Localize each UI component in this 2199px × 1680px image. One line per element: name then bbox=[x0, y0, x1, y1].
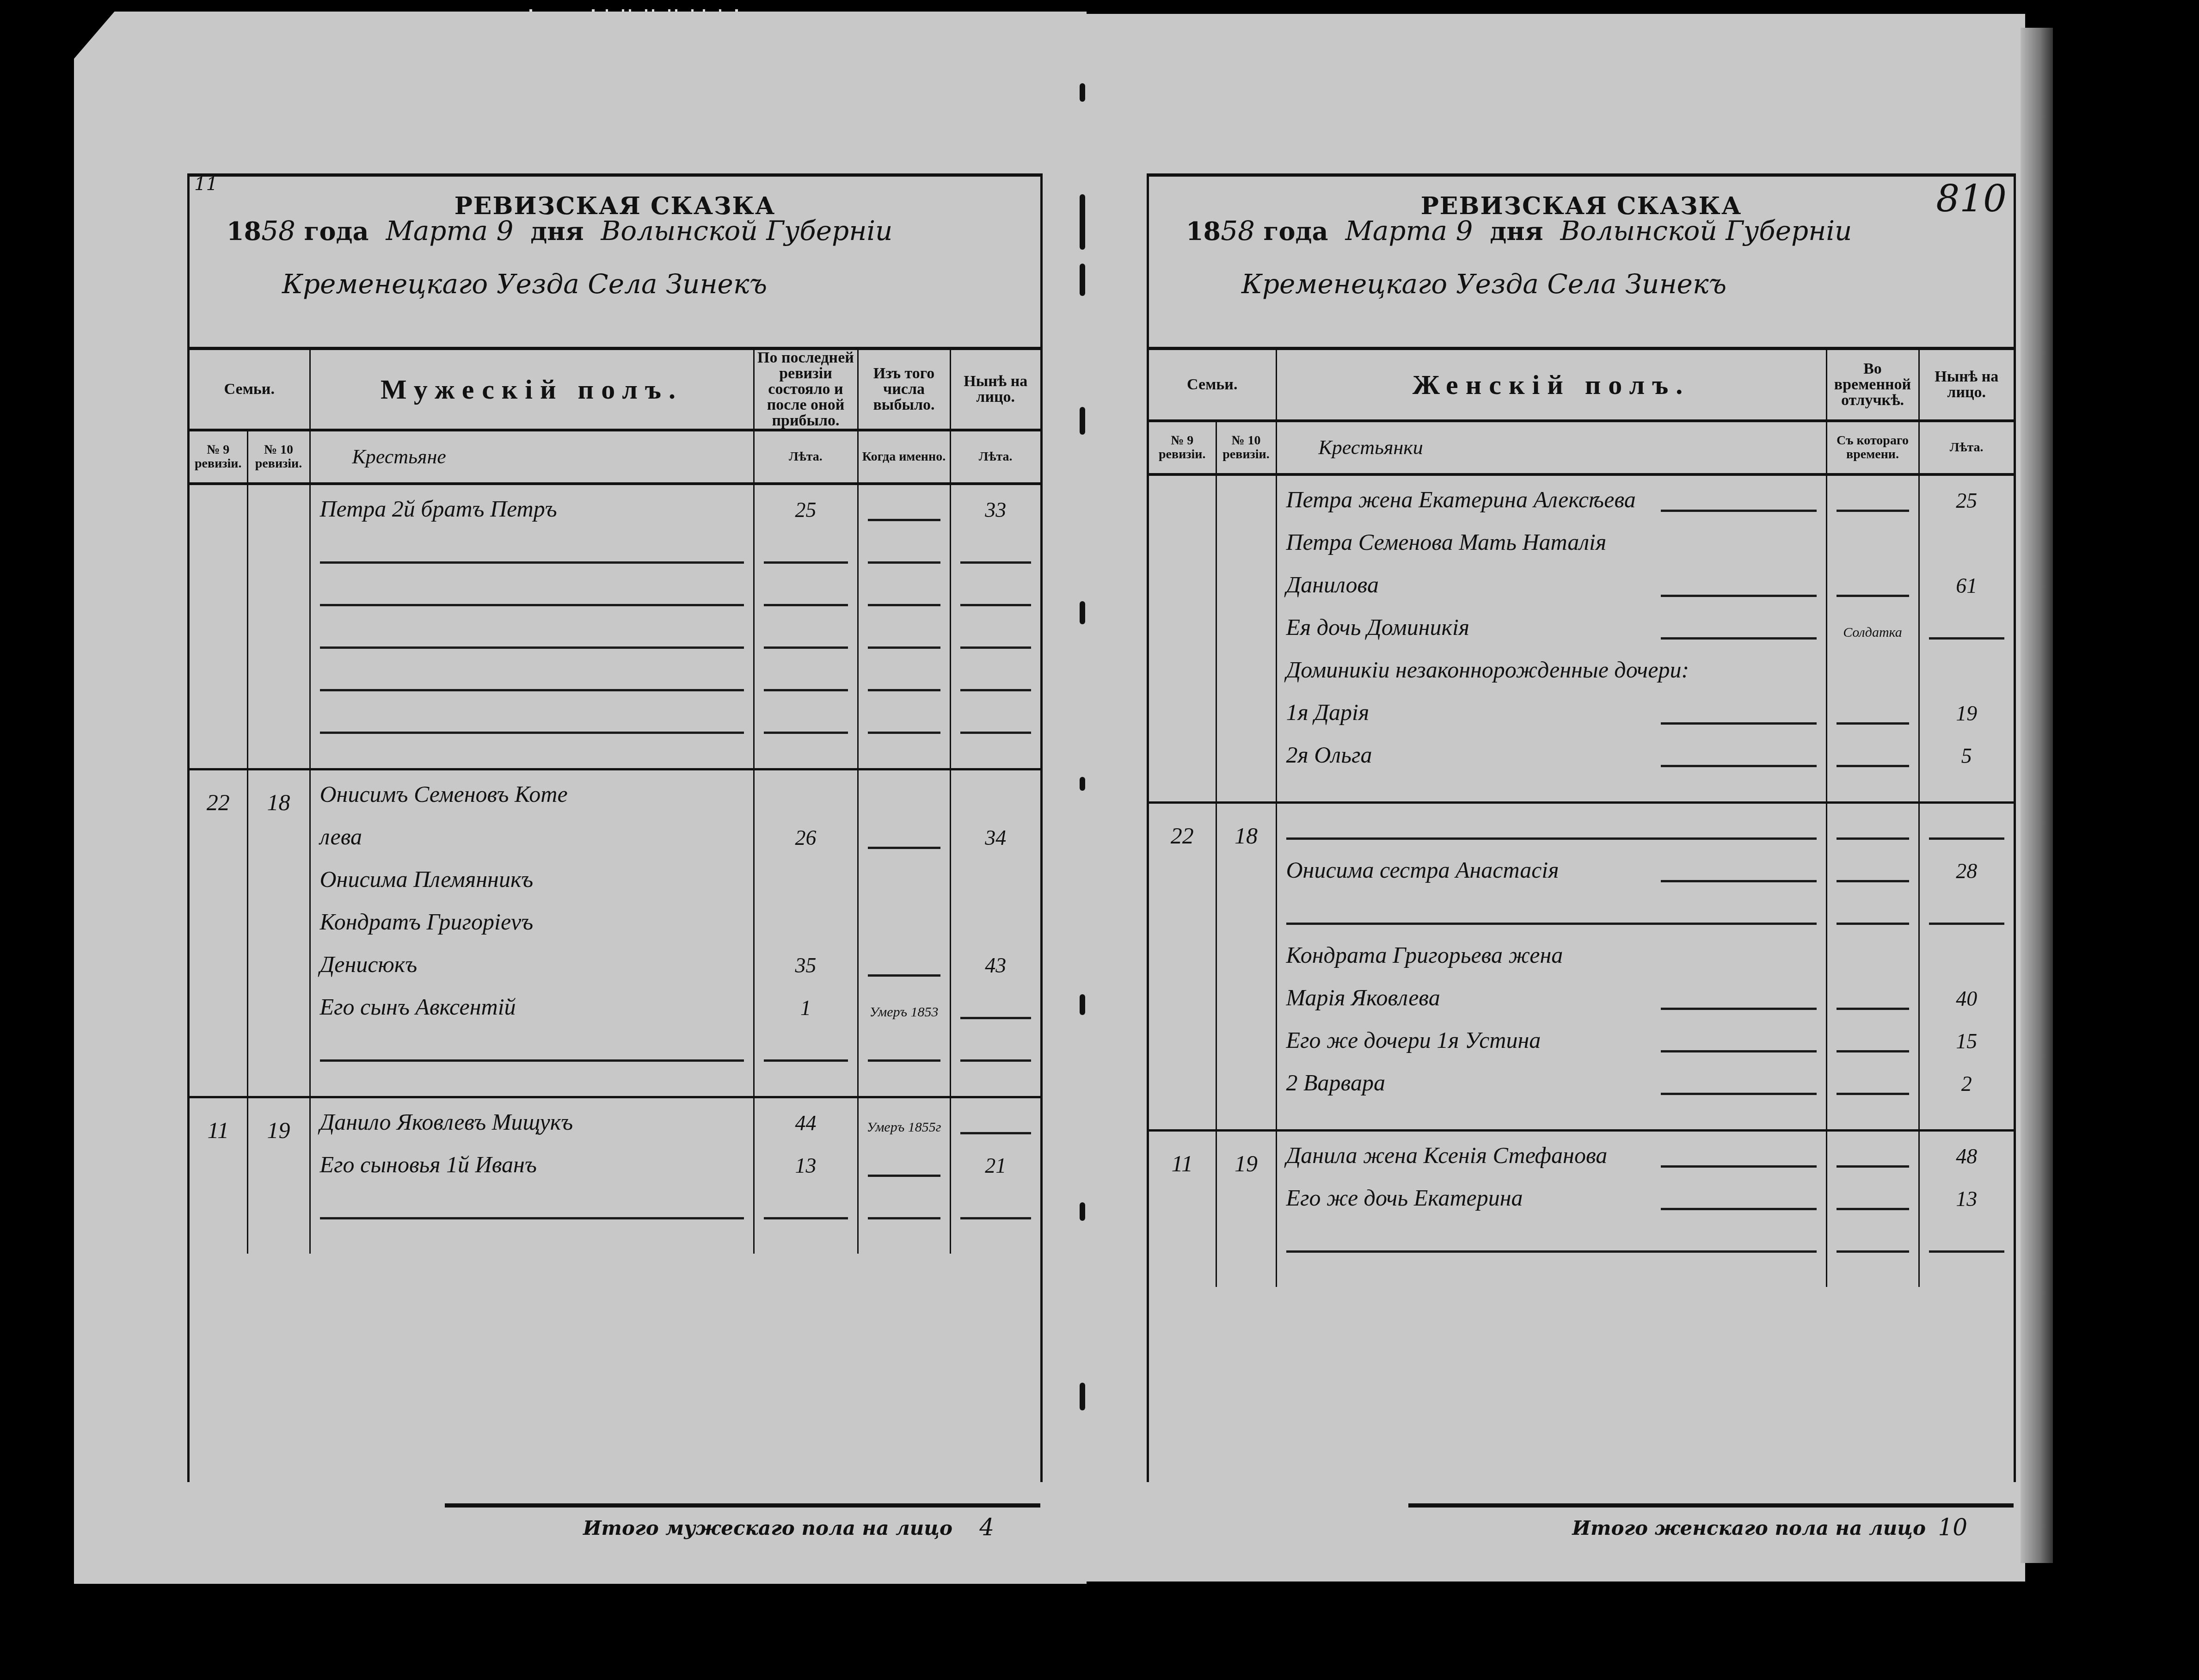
value-cell: 19 bbox=[1920, 689, 2014, 731]
fill-line bbox=[1661, 1165, 1816, 1168]
value-cell bbox=[1920, 518, 2014, 561]
register-entry bbox=[1277, 804, 1826, 846]
fill-line bbox=[764, 1059, 848, 1062]
column-present: 3443 bbox=[950, 769, 1040, 1097]
entry-name: Его сынъ Авксентій bbox=[320, 993, 516, 1020]
year-label: года bbox=[304, 216, 369, 246]
fill-line bbox=[1837, 1250, 1909, 1253]
fill-line bbox=[868, 732, 940, 734]
year-prefix: 18 bbox=[1186, 216, 1221, 246]
value-cell bbox=[1920, 1217, 2014, 1259]
column-age_last: 25 bbox=[754, 484, 858, 769]
fill-line bbox=[868, 604, 940, 606]
value-cell bbox=[1827, 1059, 1918, 1102]
column-departed: Умеръ 1853 bbox=[858, 769, 950, 1097]
value-cell bbox=[859, 1026, 950, 1068]
header-no9: № 9 ревизіи. bbox=[1149, 421, 1216, 474]
fill-line bbox=[1837, 510, 1909, 512]
family-no9: 11 bbox=[190, 1097, 247, 1254]
value-cell bbox=[755, 570, 857, 613]
entry-name: Его же дочь Екатерина bbox=[1286, 1184, 1523, 1211]
fill-line bbox=[1661, 1093, 1816, 1095]
header-estate: Крестьянки bbox=[1276, 421, 1826, 474]
fill-line bbox=[960, 689, 1032, 691]
fill-line bbox=[868, 1059, 940, 1062]
value-cell: 48 bbox=[1920, 1132, 2014, 1174]
family-section: 1119Данило Яковлевъ МищукъЕго сыновья 1й… bbox=[190, 1097, 1040, 1254]
entry-name: Его же дочери 1я Устина bbox=[1286, 1027, 1541, 1053]
value-cell: 2 bbox=[1920, 1059, 2014, 1102]
female-total: Итого женскаго пола на лицо 10 bbox=[1408, 1503, 2014, 1508]
fill-line bbox=[1661, 1208, 1816, 1210]
value-cell: 25 bbox=[1920, 476, 2014, 518]
header-no10: № 10 ревизіи. bbox=[247, 430, 310, 484]
fill-line bbox=[764, 604, 848, 606]
value-cell bbox=[951, 1098, 1041, 1141]
header-present: Нынѣ на лицо. bbox=[950, 349, 1040, 431]
family-no10: 18 bbox=[247, 769, 310, 1097]
header-families: Семьи. bbox=[1149, 349, 1276, 421]
fill-line bbox=[1929, 637, 2005, 640]
value-cell bbox=[951, 698, 1041, 740]
value-cell: 35 bbox=[755, 941, 857, 983]
header-years: Лѣта. bbox=[754, 430, 858, 484]
fill-line bbox=[320, 689, 744, 691]
cell-value: 21 bbox=[951, 1153, 1041, 1178]
value-cell: Умеръ 1853 bbox=[859, 983, 950, 1026]
family-no9 bbox=[1149, 474, 1216, 803]
family-no10: 19 bbox=[1216, 1131, 1276, 1287]
value-cell bbox=[755, 528, 857, 570]
value-cell: 40 bbox=[1920, 974, 2014, 1016]
family-no9: 11 bbox=[1149, 1131, 1216, 1287]
register-entry: Данило Яковлевъ Мищукъ bbox=[311, 1098, 753, 1141]
value-cell bbox=[859, 813, 950, 855]
fill-line bbox=[960, 1132, 1032, 1134]
entry-name: Петра Семенова Мать Наталія bbox=[1286, 529, 1607, 555]
province: Волынской Губерніи bbox=[601, 215, 893, 246]
fill-line bbox=[1661, 510, 1816, 512]
value-cell bbox=[1827, 846, 1918, 889]
book-spine bbox=[1080, 55, 1085, 1572]
total-label: Итого мужескаго пола на лицо bbox=[583, 1517, 952, 1539]
fill-line bbox=[960, 604, 1032, 606]
entry-name: Онисима Племянникъ bbox=[320, 866, 534, 892]
register-entry bbox=[311, 1026, 753, 1068]
fill-line bbox=[868, 1217, 940, 1219]
register-entry: Ея дочь Доминикія bbox=[1277, 603, 1826, 646]
value-cell bbox=[859, 570, 950, 613]
fill-line bbox=[1929, 923, 2005, 925]
fill-line bbox=[868, 519, 940, 521]
day-label: дня bbox=[530, 216, 584, 246]
value-cell bbox=[1827, 1174, 1918, 1217]
header-no10: № 10 ревизіи. bbox=[1216, 421, 1276, 474]
value-cell bbox=[951, 655, 1041, 698]
entries-column: Онисимъ Семеновъ КотелеваОнисима Племянн… bbox=[310, 769, 754, 1097]
month-day: Марта 9 bbox=[1345, 215, 1473, 246]
value-cell: 5 bbox=[1920, 731, 2014, 774]
fill-line bbox=[1837, 595, 1909, 597]
cell-value: 15 bbox=[1920, 1029, 2014, 1053]
register-entry: Кондратъ Григорievъ bbox=[311, 898, 753, 941]
value-cell bbox=[1827, 518, 1918, 561]
fill-line bbox=[1929, 1250, 2005, 1253]
cell-value: 34 bbox=[951, 825, 1041, 850]
cell-value: 13 bbox=[755, 1153, 857, 1178]
cell-value: 48 bbox=[1920, 1144, 2014, 1169]
fill-line bbox=[960, 1217, 1032, 1219]
register-entry: Данила жена Ксенія Стефанова bbox=[1277, 1132, 1826, 1174]
value-cell bbox=[1920, 931, 2014, 974]
family-section: 1119Данила жена Ксенія СтефановаЕго же д… bbox=[1149, 1131, 2014, 1287]
register-entry: Доминикіи незаконнорожденные дочери: bbox=[1277, 646, 1826, 689]
cell-value: 2 bbox=[1920, 1071, 2014, 1096]
entry-name: 2я Ольга bbox=[1286, 741, 1372, 768]
cell-value: 44 bbox=[755, 1111, 857, 1135]
fill-line bbox=[764, 689, 848, 691]
entry-name: 2 Варвара bbox=[1286, 1069, 1385, 1096]
column-present: 33 bbox=[950, 484, 1040, 769]
family-section: Петра жена Екатерина АлексѣеваПетра Семе… bbox=[1149, 474, 2014, 803]
header-when: Когда именно. bbox=[858, 430, 950, 484]
value-cell: Солдатка bbox=[1827, 603, 1918, 646]
header-last-revision: По последней ревизіи состояло и после он… bbox=[754, 349, 858, 431]
cell-value: 28 bbox=[1920, 859, 2014, 883]
year-prefix: 18 bbox=[227, 216, 261, 246]
entries-column: Петра 2й братъ Петръ bbox=[310, 484, 754, 769]
cell-value: 26 bbox=[755, 825, 857, 850]
value-cell: 33 bbox=[951, 485, 1041, 528]
value-cell bbox=[951, 1183, 1041, 1226]
family-no9 bbox=[190, 484, 247, 769]
fill-line bbox=[1286, 1250, 1817, 1253]
fill-line bbox=[1837, 722, 1909, 725]
family-section: 2218Онисимъ Семеновъ КотелеваОнисима Пле… bbox=[190, 769, 1040, 1097]
entry-name: Кондратъ Григорievъ bbox=[320, 908, 534, 935]
value-cell bbox=[1827, 974, 1918, 1016]
value-cell bbox=[1827, 1217, 1918, 1259]
register-entry: 1я Дарія bbox=[1277, 689, 1826, 731]
register-entry bbox=[311, 570, 753, 613]
register-entry: Его сыновья 1й Иванъ bbox=[311, 1141, 753, 1183]
fill-line bbox=[960, 561, 1032, 564]
value-cell bbox=[755, 855, 857, 898]
header-no9: № 9 ревизіи. bbox=[190, 430, 247, 484]
male-total: Итого мужескаго пола на лицо 4 bbox=[445, 1503, 1040, 1508]
header-estate: Крестьяне bbox=[310, 430, 754, 484]
fill-line bbox=[1661, 880, 1816, 882]
value-cell: 15 bbox=[1920, 1016, 2014, 1059]
entry-name: Ея дочь Доминикія bbox=[1286, 614, 1470, 640]
year-suffix: 58 bbox=[261, 215, 295, 246]
value-cell bbox=[951, 770, 1041, 813]
register-entry: Петра жена Екатерина Алексѣева bbox=[1277, 476, 1826, 518]
fill-line bbox=[1837, 765, 1909, 767]
fill-line bbox=[1661, 1008, 1816, 1010]
fill-line bbox=[320, 732, 744, 734]
family-no10 bbox=[1216, 474, 1276, 803]
register-entry: лева bbox=[311, 813, 753, 855]
family-no10: 18 bbox=[1216, 803, 1276, 1131]
province: Волынской Губерніи bbox=[1560, 215, 1852, 246]
register-entry bbox=[311, 1183, 753, 1226]
cell-value: 25 bbox=[755, 498, 857, 522]
register-entry bbox=[311, 698, 753, 740]
fill-line bbox=[960, 646, 1032, 649]
register-entry: Денисюкъ bbox=[311, 941, 753, 983]
value-cell bbox=[951, 1026, 1041, 1068]
fill-line bbox=[960, 732, 1032, 734]
total-label: Итого женскаго пола на лицо bbox=[1572, 1517, 1926, 1539]
register-entry: Онисима Племянникъ bbox=[311, 855, 753, 898]
column-departed bbox=[858, 484, 950, 769]
fill-line bbox=[1286, 923, 1817, 925]
register-entry bbox=[311, 655, 753, 698]
register-entry: 2я Ольга bbox=[1277, 731, 1826, 774]
date-line: 1858 года Марта 9 дня Волынской Губерніи bbox=[227, 215, 892, 246]
entry-name: Марія Яковлева bbox=[1286, 984, 1440, 1011]
column-age_last: 4413 bbox=[754, 1097, 858, 1254]
fill-line bbox=[960, 1059, 1032, 1062]
family-section: Петра 2й братъ Петръ2533 bbox=[190, 484, 1040, 769]
register-entry: Петра 2й братъ Петръ bbox=[311, 485, 753, 528]
cell-value: 5 bbox=[1920, 744, 2014, 768]
entry-name: Петра 2й братъ Петръ bbox=[320, 495, 557, 522]
value-cell bbox=[1827, 1132, 1918, 1174]
fill-line bbox=[764, 1217, 848, 1219]
entry-name: Онисимъ Семеновъ Коте bbox=[320, 781, 568, 807]
total-value: 4 bbox=[979, 1514, 994, 1541]
fill-line bbox=[1837, 880, 1909, 882]
register-entry: Его же дочери 1я Устина bbox=[1277, 1016, 1826, 1059]
cell-value: Солдатка bbox=[1827, 625, 1918, 640]
entry-name: Денисюкъ bbox=[320, 951, 418, 978]
value-cell bbox=[859, 898, 950, 941]
register-entry: Марія Яковлева bbox=[1277, 974, 1826, 1016]
value-cell bbox=[859, 1141, 950, 1183]
male-register-table: Семьи. Мужескій полъ. По последней ревиз… bbox=[190, 347, 1040, 1254]
column-absence: Солдатка bbox=[1826, 474, 1919, 803]
fill-line bbox=[1286, 837, 1817, 840]
value-cell bbox=[951, 528, 1041, 570]
value-cell bbox=[1827, 731, 1918, 774]
header-female-section: Женскій полъ. bbox=[1276, 349, 1826, 421]
value-cell bbox=[859, 855, 950, 898]
value-cell bbox=[859, 655, 950, 698]
value-cell: 25 bbox=[755, 485, 857, 528]
fill-line bbox=[320, 646, 744, 649]
fill-line bbox=[960, 1017, 1032, 1019]
column-absence bbox=[1826, 1131, 1919, 1287]
fill-line bbox=[1837, 1093, 1909, 1095]
value-cell bbox=[951, 855, 1041, 898]
value-cell: 13 bbox=[1920, 1174, 2014, 1217]
value-cell bbox=[755, 1183, 857, 1226]
header-since: Съ котораго времени. bbox=[1826, 421, 1919, 474]
value-cell bbox=[1827, 561, 1918, 603]
fill-line bbox=[1837, 1208, 1909, 1210]
entry-name: 1я Дарія bbox=[1286, 699, 1370, 726]
header-absence: Во временной отлучкѣ. bbox=[1826, 349, 1919, 421]
family-section: 2218Онисима сестра АнастасіяКондрата Гри… bbox=[1149, 803, 2014, 1131]
column-present: 21 bbox=[950, 1097, 1040, 1254]
value-cell bbox=[1920, 646, 2014, 689]
fill-line bbox=[1837, 1050, 1909, 1052]
day-label: дня bbox=[1490, 216, 1543, 246]
value-cell bbox=[859, 613, 950, 655]
cell-value: 33 bbox=[951, 498, 1041, 522]
value-cell: 34 bbox=[951, 813, 1041, 855]
entry-name: Петра жена Екатерина Алексѣева bbox=[1286, 486, 1636, 513]
value-cell bbox=[859, 698, 950, 740]
register-entry: 2 Варвара bbox=[1277, 1059, 1826, 1102]
family-no10 bbox=[247, 484, 310, 769]
value-cell bbox=[859, 485, 950, 528]
register-entry: Петра Семенова Мать Наталія bbox=[1277, 518, 1826, 561]
fill-line bbox=[868, 689, 940, 691]
fill-line bbox=[764, 561, 848, 564]
entry-name: Данило Яковлевъ Мищукъ bbox=[320, 1108, 573, 1135]
value-cell bbox=[755, 898, 857, 941]
female-register-sheet: 810 РЕВИЗСКАЯ СКАЗКА 1858 года Марта 9 д… bbox=[1147, 173, 2016, 1482]
family-no10: 19 bbox=[247, 1097, 310, 1254]
header-departed: Изъ того числа выбыло. bbox=[858, 349, 950, 431]
fill-line bbox=[320, 604, 744, 606]
fill-line bbox=[868, 1175, 940, 1177]
entries-column: Данило Яковлевъ МищукъЕго сыновья 1й Ива… bbox=[310, 1097, 754, 1254]
month-day: Марта 9 bbox=[386, 215, 513, 246]
fill-line bbox=[1661, 595, 1816, 597]
entries-column: Данила жена Ксенія СтефановаЕго же дочь … bbox=[1276, 1131, 1826, 1287]
total-value: 10 bbox=[1938, 1514, 1967, 1541]
entry-name: Доминикіи незаконнорожденные дочери: bbox=[1286, 656, 1689, 683]
header-male-section: Мужескій полъ. bbox=[310, 349, 754, 431]
value-cell bbox=[1920, 603, 2014, 646]
column-absence bbox=[1826, 803, 1919, 1131]
value-cell: 21 bbox=[951, 1141, 1041, 1183]
entry-name: Данилова bbox=[1286, 571, 1379, 598]
fill-line bbox=[320, 1217, 744, 1219]
value-cell: 26 bbox=[755, 813, 857, 855]
top-rule bbox=[1147, 173, 2016, 177]
family-no9: 22 bbox=[190, 769, 247, 1097]
fill-line bbox=[1837, 1165, 1909, 1168]
value-cell bbox=[951, 983, 1041, 1026]
value-cell: Умеръ 1855г bbox=[859, 1098, 950, 1141]
entry-name: лева bbox=[320, 823, 362, 850]
fill-line bbox=[1661, 765, 1816, 767]
district-line: Кременецкаго Уезда Села Зинекъ bbox=[282, 268, 767, 300]
register-entry: Кондрата Григорьева жена bbox=[1277, 931, 1826, 974]
header-families: Семьи. bbox=[190, 349, 310, 431]
entry-name: Данила жена Ксенія Стефанова bbox=[1286, 1142, 1608, 1169]
cell-value: 25 bbox=[1920, 488, 2014, 513]
value-cell bbox=[755, 770, 857, 813]
cell-value: Умеръ 1855г bbox=[859, 1120, 950, 1135]
register-entry bbox=[311, 613, 753, 655]
register-entry: Онисима сестра Анастасія bbox=[1277, 846, 1826, 889]
header-present: Нынѣ на лицо. bbox=[1919, 349, 2014, 421]
value-cell bbox=[1920, 889, 2014, 931]
value-cell bbox=[1827, 1016, 1918, 1059]
fill-line bbox=[868, 561, 940, 564]
register-entry bbox=[1277, 889, 1826, 931]
fill-line bbox=[1661, 1050, 1816, 1052]
district-line: Кременецкаго Уезда Села Зинекъ bbox=[1241, 268, 1726, 300]
value-cell bbox=[951, 898, 1041, 941]
top-rule bbox=[187, 173, 1043, 177]
value-cell bbox=[859, 770, 950, 813]
register-entry bbox=[311, 528, 753, 570]
value-cell bbox=[859, 941, 950, 983]
fill-line bbox=[868, 646, 940, 649]
fill-line bbox=[868, 847, 940, 849]
fill-line bbox=[1661, 722, 1816, 725]
register-entry bbox=[1277, 1217, 1826, 1259]
value-cell bbox=[1920, 804, 2014, 846]
value-cell: 28 bbox=[1920, 846, 2014, 889]
value-cell bbox=[1827, 646, 1918, 689]
fill-line bbox=[1661, 637, 1816, 640]
value-cell bbox=[1827, 689, 1918, 731]
column-age_last: 26351 bbox=[754, 769, 858, 1097]
value-cell bbox=[859, 1183, 950, 1226]
fill-line bbox=[320, 1059, 744, 1062]
header-years: Лѣта. bbox=[1919, 421, 2014, 474]
year-suffix: 58 bbox=[1221, 215, 1255, 246]
cell-value: 35 bbox=[755, 953, 857, 978]
value-cell bbox=[951, 570, 1041, 613]
value-cell: 61 bbox=[1920, 561, 2014, 603]
column-present: 4813 bbox=[1919, 1131, 2014, 1287]
cell-value: Умеръ 1853 bbox=[859, 1004, 950, 1020]
male-register-sheet: 11 РЕВИЗСКАЯ СКАЗКА 1858 года Марта 9 дн… bbox=[187, 173, 1043, 1482]
entry-name: Онисима сестра Анастасія bbox=[1286, 856, 1559, 883]
value-cell: 43 bbox=[951, 941, 1041, 983]
value-cell bbox=[755, 655, 857, 698]
column-departed: Умеръ 1855г bbox=[858, 1097, 950, 1254]
family-no9: 22 bbox=[1149, 803, 1216, 1131]
fill-line bbox=[320, 561, 744, 564]
fill-line bbox=[1929, 837, 2005, 840]
entry-name: Его сыновья 1й Иванъ bbox=[320, 1151, 537, 1178]
entries-column: Онисима сестра АнастасіяКондрата Григорь… bbox=[1276, 803, 1826, 1131]
fill-line bbox=[764, 732, 848, 734]
fill-line bbox=[1837, 837, 1909, 840]
value-cell: 1 bbox=[755, 983, 857, 1026]
value-cell bbox=[1827, 889, 1918, 931]
value-cell bbox=[755, 1026, 857, 1068]
column-present: 2561195 bbox=[1919, 474, 2014, 803]
cell-value: 19 bbox=[1920, 701, 2014, 726]
cell-value: 43 bbox=[951, 953, 1041, 978]
column-present: 2840152 bbox=[1919, 803, 2014, 1131]
value-cell bbox=[1827, 476, 1918, 518]
cell-value: 13 bbox=[1920, 1187, 2014, 1211]
register-entry: Его сынъ Авксентій bbox=[311, 983, 753, 1026]
female-register-table: Семьи. Женскій полъ. Во временной отлучк… bbox=[1149, 347, 2014, 1287]
date-line: 1858 года Марта 9 дня Волынской Губерніи bbox=[1186, 215, 1852, 246]
register-entry: Онисимъ Семеновъ Коте bbox=[311, 770, 753, 813]
fill-line bbox=[1837, 923, 1909, 925]
entries-column: Петра жена Екатерина АлексѣеваПетра Семе… bbox=[1276, 474, 1826, 803]
value-cell bbox=[755, 613, 857, 655]
entry-name: Кондрата Григорьева жена bbox=[1286, 942, 1563, 968]
fill-line bbox=[764, 646, 848, 649]
value-cell bbox=[951, 613, 1041, 655]
register-entry: Его же дочь Екатерина bbox=[1277, 1174, 1826, 1217]
